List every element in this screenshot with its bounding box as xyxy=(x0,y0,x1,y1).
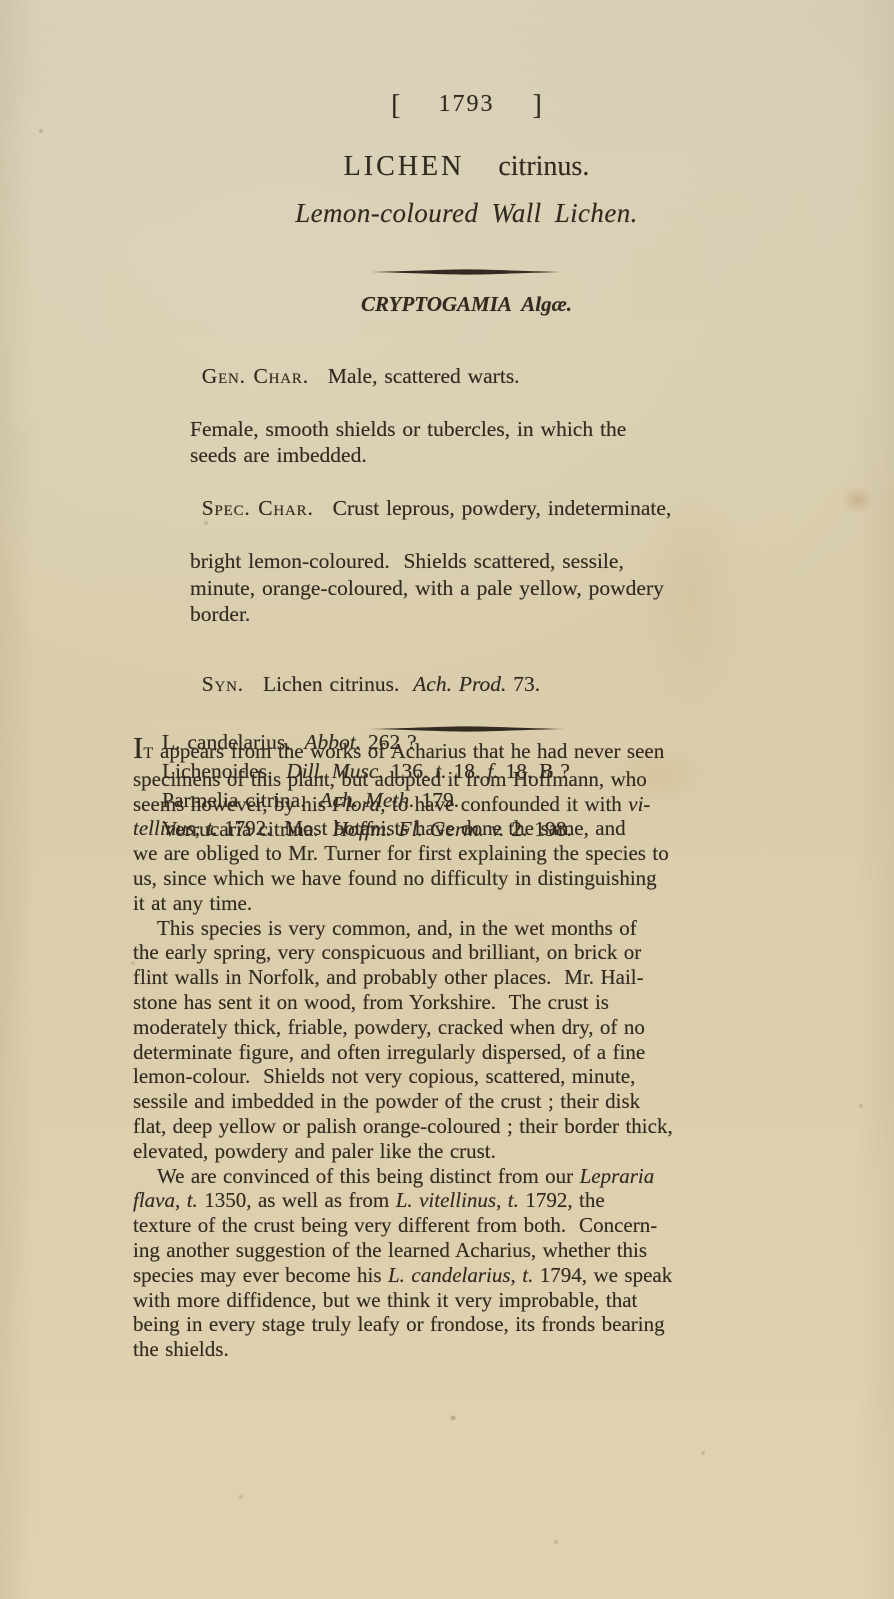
swelled-rule-graphic xyxy=(371,268,563,276)
text-segment: moderately thick, friable, powdery, crac… xyxy=(133,1015,645,1039)
section-line: seeds are imbedded. xyxy=(133,442,800,469)
text-segment: ing another suggestion of the learned Ac… xyxy=(133,1238,647,1262)
body-line: we are obliged to Mr. Turner for first e… xyxy=(133,841,800,866)
body-line: the shields. xyxy=(133,1337,800,1362)
section-spec-char: Spec. Char.Crust leprous, powdery, indet… xyxy=(133,469,800,628)
text-segment: Lepraria xyxy=(580,1164,655,1188)
text-segment: Crust leprous, powdery, indeterminate, xyxy=(333,496,672,520)
body-line: species may ever become his L. candelari… xyxy=(133,1263,800,1288)
text-segment: T xyxy=(143,745,153,762)
text-segment: minute, orange-coloured, with a pale yel… xyxy=(190,576,664,600)
body-line: the early spring, very conspicuous and b… xyxy=(133,940,800,965)
text-segment: 73. xyxy=(506,672,540,696)
body-line: determinate figure, and often irregularl… xyxy=(133,1040,800,1065)
section-label-spec-char: Spec. Char. xyxy=(202,496,314,520)
body-line: texture of the crust being very differen… xyxy=(133,1213,800,1238)
section-first-text: Male, scattered warts. xyxy=(328,364,520,388)
text-segment: stone has sent it on wood, from Yorkshir… xyxy=(133,990,609,1014)
section-first-line: Gen. Char.Male, scattered warts. xyxy=(133,336,800,416)
text-segment: We are convinced of this being distinct … xyxy=(157,1164,580,1188)
text-segment: , xyxy=(496,1188,508,1212)
text-segment: 1792. Most botanists have done the same,… xyxy=(218,816,626,840)
classification-order: CRYPTOGAMIA xyxy=(361,292,511,316)
plate-number: 1793 xyxy=(439,91,495,117)
swelled-rule-graphic xyxy=(369,725,565,733)
text-segment: determinate figure, and often irregularl… xyxy=(133,1040,645,1064)
section-line: Female, smooth shields or tubercles, in … xyxy=(133,416,800,443)
text-segment: sessile and imbedded in the powder of th… xyxy=(133,1089,640,1113)
text-segment: species may ever become his xyxy=(133,1263,388,1287)
text-segment: tellinus xyxy=(133,816,195,840)
classification-family: Algæ. xyxy=(521,292,572,316)
swelled-divider-rule-middle xyxy=(369,720,565,738)
body-line: stone has sent it on wood, from Yorkshir… xyxy=(133,990,800,1015)
text-segment: Male, scattered warts. xyxy=(328,364,520,388)
plate-number-line: [1793] xyxy=(133,90,800,122)
text-segment: specimens of this plant, but adopted it … xyxy=(133,767,647,791)
text-segment: Lichen citrinus. xyxy=(263,672,413,696)
body-paragraph-1: IT appears from the works of Acharius th… xyxy=(133,739,800,916)
text-segment: L. vitellinus xyxy=(396,1188,496,1212)
section-first-line: Spec. Char.Crust leprous, powdery, indet… xyxy=(133,469,800,549)
text-segment: Female, smooth shields or tubercles, in … xyxy=(190,417,626,441)
text-segment: flint walls in Norfolk, and probably oth… xyxy=(133,965,644,989)
paper-specks xyxy=(0,0,2,2)
description-text: IT appears from the works of Acharius th… xyxy=(133,739,800,1362)
swelled-divider-rule-top xyxy=(371,263,563,281)
genus-name: LICHEN xyxy=(344,151,465,182)
bracket-left: [ xyxy=(391,90,400,121)
section-cont-lines: Female, smooth shields or tubercles, in … xyxy=(133,416,800,469)
body-paragraph-2: This species is very common, and, in the… xyxy=(133,916,800,1164)
body-line: elevated, powdery and paler like the cru… xyxy=(133,1139,800,1164)
text-segment: , to have confounded it with xyxy=(380,792,628,816)
body-line: being in every stage truly leafy or fron… xyxy=(133,1312,800,1337)
section-line: border. xyxy=(133,601,800,628)
body-line: moderately thick, friable, powdery, crac… xyxy=(133,1015,800,1040)
body-line: flava, t. 1350, as well as from L. vitel… xyxy=(133,1188,800,1213)
text-segment: it at any time. xyxy=(133,891,252,915)
text-segment: appears from the works of Acharius that … xyxy=(154,739,665,763)
text-segment: lemon-colour. Shields not very copious, … xyxy=(133,1064,635,1088)
classification-line: CRYPTOGAMIA Algæ. xyxy=(133,292,800,317)
body-line: it at any time. xyxy=(133,891,800,916)
text-segment: bright lemon-coloured. Shields scattered… xyxy=(190,549,624,573)
body-line: flint walls in Norfolk, and probably oth… xyxy=(133,965,800,990)
text-segment: seems however, by his xyxy=(133,792,332,816)
body-line: flat, deep yellow or palish orange-colou… xyxy=(133,1114,800,1139)
text-segment: t. xyxy=(522,1263,533,1287)
section-first-text: Crust leprous, powdery, indeterminate, xyxy=(333,496,672,520)
text-segment: Flora xyxy=(332,792,380,816)
body-line: tellinus, t. 1792. Most botanists have d… xyxy=(133,816,800,841)
body-line: with more diffidence, but we think it ve… xyxy=(133,1288,800,1313)
text-segment: 1350, as well as from xyxy=(198,1188,396,1212)
section-cont-lines: bright lemon-coloured. Shields scattered… xyxy=(133,548,800,628)
text-segment: L. candelarius xyxy=(388,1263,511,1287)
text-segment: seeds are imbedded. xyxy=(190,443,367,467)
text-segment: 1792, the xyxy=(519,1188,605,1212)
text-segment: , xyxy=(511,1263,523,1287)
text-segment: I xyxy=(133,730,143,765)
page-title: LICHENcitrinus. xyxy=(133,151,800,183)
text-segment: This species is very common, and, in the… xyxy=(157,916,637,940)
text-segment: the early spring, very conspicuous and b… xyxy=(133,940,641,964)
bracket-right: ] xyxy=(533,90,542,121)
body-line: us, since which we have found no difficu… xyxy=(133,866,800,891)
section-label-gen-char: Gen. Char. xyxy=(202,364,309,388)
body-line: seems however, by his Flora, to have con… xyxy=(133,792,800,817)
text-segment: t. xyxy=(207,816,218,840)
text-segment: border. xyxy=(190,602,250,626)
text-segment: being in every stage truly leafy or fron… xyxy=(133,1312,665,1336)
text-segment: , xyxy=(195,816,207,840)
section-first-line: Syn.Lichen citrinus. Ach. Prod. 73. xyxy=(133,641,800,728)
section-label-syn: Syn. xyxy=(202,672,244,696)
text-segment: texture of the crust being very differen… xyxy=(133,1213,657,1237)
body-paragraph-3: We are convinced of this being distinct … xyxy=(133,1164,800,1362)
body-line: IT appears from the works of Acharius th… xyxy=(133,739,800,767)
body-line: lemon-colour. Shields not very copious, … xyxy=(133,1064,800,1089)
text-segment: us, since which we have found no difficu… xyxy=(133,866,657,890)
section-first-text: Lichen citrinus. Ach. Prod. 73. xyxy=(263,672,540,696)
common-name-subtitle: Lemon-coloured Wall Lichen. xyxy=(133,198,800,229)
body-line: This species is very common, and, in the… xyxy=(133,916,800,941)
text-segment: t. xyxy=(187,1188,198,1212)
text-segment: , xyxy=(175,1188,187,1212)
text-segment: t. xyxy=(508,1188,519,1212)
section-line: bright lemon-coloured. Shields scattered… xyxy=(133,548,800,575)
text-segment: the shields. xyxy=(133,1337,229,1361)
book-page-scan: [1793] LICHENcitrinus. Lemon-coloured Wa… xyxy=(0,0,894,1599)
text-segment: vi- xyxy=(628,792,650,816)
species-epithet: citrinus. xyxy=(498,151,589,182)
text-segment: Ach. Prod. xyxy=(413,672,506,696)
text-segment: with more diffidence, but we think it ve… xyxy=(133,1288,637,1312)
body-line: ing another suggestion of the learned Ac… xyxy=(133,1238,800,1263)
text-segment: flat, deep yellow or palish orange-colou… xyxy=(133,1114,673,1138)
section-gen-char: Gen. Char.Male, scattered warts. Female,… xyxy=(133,336,800,469)
text-segment: we are obliged to Mr. Turner for first e… xyxy=(133,841,669,865)
section-line: minute, orange-coloured, with a pale yel… xyxy=(133,575,800,602)
body-line: sessile and imbedded in the powder of th… xyxy=(133,1089,800,1114)
text-segment: flava xyxy=(133,1188,175,1212)
text-segment: elevated, powdery and paler like the cru… xyxy=(133,1139,496,1163)
body-line: We are convinced of this being distinct … xyxy=(133,1164,800,1189)
text-segment: 1794, we speak xyxy=(533,1263,672,1287)
body-line: specimens of this plant, but adopted it … xyxy=(133,767,800,792)
